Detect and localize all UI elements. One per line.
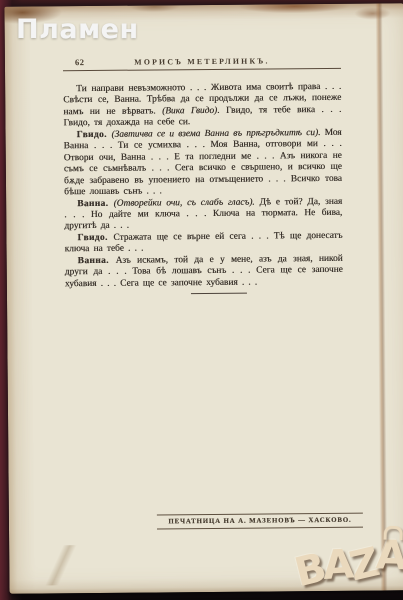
paragraph: Ванна. (Отворейки очи, съ слабъ гласъ). …: [64, 196, 342, 233]
paragraph: Ти направи невъзможното . . . Живота има…: [63, 82, 341, 130]
text-block: Ти направи невъзможното . . . Живота има…: [63, 82, 343, 291]
scan-viewer: 62 МОРИСЪ МЕТЕРЛИНКЪ. Ти направи невъзмо…: [0, 0, 403, 600]
page-edge-crease: [375, 3, 387, 590]
printer-imprint: ПЕЧАТНИЦА НА А. МАЗЕНОВЪ — ХАСКОВО.: [157, 513, 363, 529]
running-header-title: МОРИСЪ МЕТЕРЛИНКЪ.: [63, 56, 341, 67]
section-divider-rule: [191, 293, 247, 294]
stage-direction: (Завтичва се и взема Ванна въ прѣгръдкит…: [111, 128, 320, 140]
viewer-title: Пламен: [16, 14, 139, 45]
book-page: 62 МОРИСЪ МЕТЕРЛИНКЪ. Ти направи невъзмо…: [4, 3, 403, 593]
paragraph: Гвидо. Стражата ще се върне ей сега . . …: [64, 231, 342, 256]
running-header: 62 МОРИСЪ МЕТЕРЛИНКЪ.: [63, 54, 341, 71]
speaker-name: Гвидо.: [77, 130, 112, 140]
paragraph: Гвидо. (Завтичва се и взема Ванна въ прѣ…: [64, 128, 343, 199]
speaker-name: Гвидо.: [77, 233, 113, 243]
paragraph: Ванна. Азъ искамъ, той да е у мене, азъ …: [65, 254, 343, 291]
speaker-name: Ванна.: [77, 198, 113, 208]
speaker-name: Ванна.: [78, 256, 116, 266]
page-fold-mark: [13, 545, 108, 586]
stage-direction: (Отворейки очи, съ слабъ гласъ).: [113, 197, 254, 208]
stage-direction: (Вика Гвидо): [162, 106, 217, 116]
